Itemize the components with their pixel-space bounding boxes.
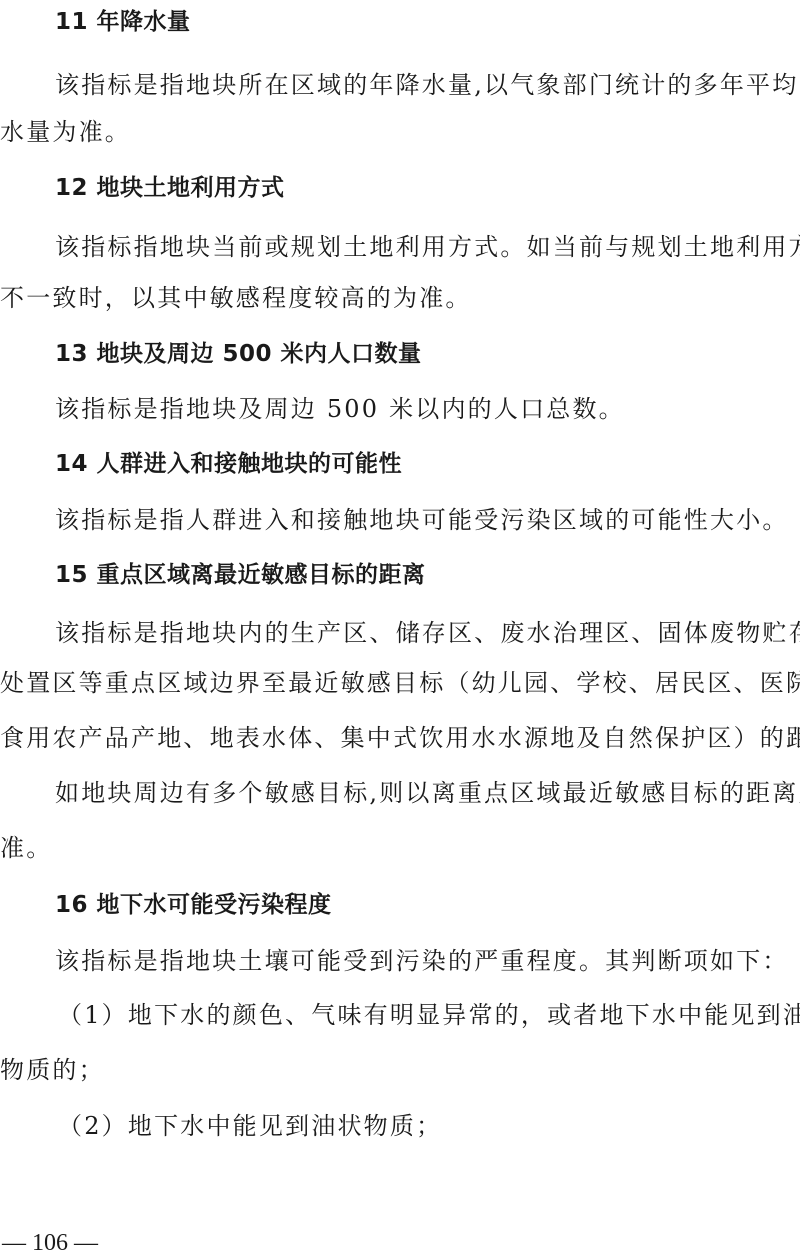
section-heading-15: 15 重点区域离最近敏感目标的距离	[55, 560, 426, 590]
paragraph-line: 食用农产品产地、地表水体、集中式饮用水水源地及自然保护区）的距离。	[0, 723, 784, 753]
section-heading-16: 16 地下水可能受污染程度	[55, 890, 332, 920]
section-heading-14: 14 人群进入和接触地块的可能性	[55, 449, 402, 479]
paragraph-line: 该指标是指地块所在区域的年降水量,以气象部门统计的多年平均降	[55, 70, 783, 100]
paragraph-line: 该指标是指地块土壤可能受到污染的严重程度。其判断项如下：	[55, 946, 789, 976]
list-item: （1）地下水的颜色、气味有明显异常的，或者地下水中能见到油状	[58, 1000, 786, 1030]
paragraph-line: 如地块周边有多个敏感目标,则以离重点区域最近敏感目标的距离为	[55, 778, 783, 808]
page-number: — 106 —	[2, 1228, 98, 1258]
paragraph-line: 该指标是指人群进入和接触地块可能受污染区域的可能性大小。	[55, 505, 789, 535]
section-heading-12: 12 地块土地利用方式	[55, 173, 285, 203]
section-heading-11: 11 年降水量	[55, 7, 191, 37]
paragraph-line: 物质的；	[0, 1055, 105, 1085]
section-heading-13: 13 地块及周边 500 米内人口数量	[55, 339, 422, 369]
paragraph-line: 处置区等重点区域边界至最近敏感目标（幼儿园、学校、居民区、医院、	[0, 668, 784, 698]
paragraph-line: 准。	[0, 833, 52, 863]
list-item: （2）地下水中能见到油状物质；	[58, 1111, 442, 1141]
paragraph-line: 不一致时，以其中敏感程度较高的为准。	[0, 283, 472, 313]
paragraph-line: 该指标是指地块内的生产区、储存区、废水治理区、固体废物贮存或	[55, 618, 783, 648]
paragraph-line: 该指标指地块当前或规划土地利用方式。如当前与规划土地利用方式	[55, 232, 783, 262]
paragraph-line: 水量为准。	[0, 117, 131, 147]
paragraph-line: 该指标是指地块及周边 500 米以内的人口总数。	[55, 394, 625, 424]
